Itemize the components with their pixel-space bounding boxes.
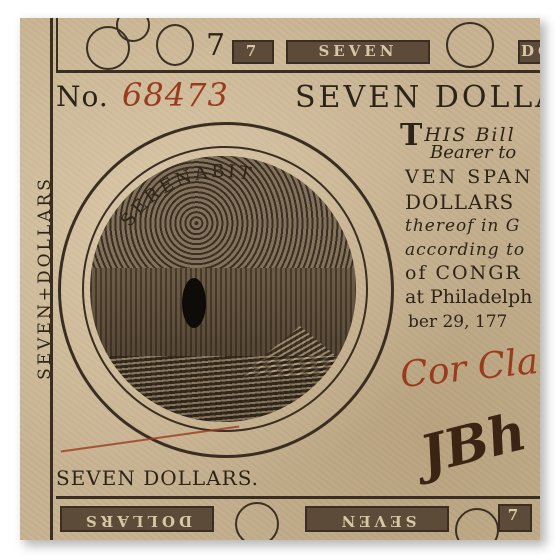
body-line-7: of CONGR — [405, 262, 522, 284]
seal-motto: SERENABIT. — [58, 122, 388, 452]
svg-text:SERENABIT.: SERENABIT. — [117, 161, 263, 231]
top-right-cartouche: DO — [518, 40, 540, 64]
body-line-5: thereof in G — [405, 216, 520, 236]
top-frame-line — [56, 70, 540, 73]
bottom-denomination: SEVEN DOLLARS. — [56, 466, 259, 490]
flourish-ornament — [235, 502, 279, 540]
dropcap: T — [400, 118, 424, 153]
body-line-6: according to — [405, 240, 525, 260]
serial-number: 68473 — [122, 76, 229, 114]
flourish-ornament — [156, 24, 194, 66]
bottom-right-numeral: 7 — [498, 504, 532, 532]
top-numeral: 7 — [206, 28, 225, 63]
bottom-frame-line — [56, 496, 540, 499]
top-cartouche: SEVEN — [286, 40, 430, 64]
seal-motto-text: SERENABIT. — [117, 161, 263, 231]
body-line-8: at Philadelph — [405, 286, 532, 308]
body-line-2: Bearer to — [430, 142, 516, 163]
body-line-4: DOLLARS — [405, 190, 514, 214]
bottom-cartouche-left: DOLLARS — [60, 506, 214, 532]
serial-label: No. — [56, 80, 109, 113]
side-legend: SEVEN+DOLLARS — [35, 133, 55, 423]
body-line-3: VEN SPAN — [405, 166, 534, 188]
brown-signature: JBh — [414, 401, 532, 486]
banknote: SEVEN+DOLLARS 7 7 SEVEN DO No. 68473 SEV… — [20, 18, 540, 540]
flourish-ornament — [455, 508, 499, 540]
headline-denomination: SEVEN DOLLARS — [295, 80, 540, 115]
top-cartouche-small: 7 — [232, 40, 274, 64]
top-ornament-band: 7 7 SEVEN DO — [56, 18, 540, 68]
body-line-9: ber 29, 177 — [408, 312, 507, 332]
red-signature: Cor Cla — [398, 341, 540, 396]
flourish-ornament — [446, 22, 494, 68]
bottom-cartouche-right: SEVEN — [305, 506, 449, 532]
